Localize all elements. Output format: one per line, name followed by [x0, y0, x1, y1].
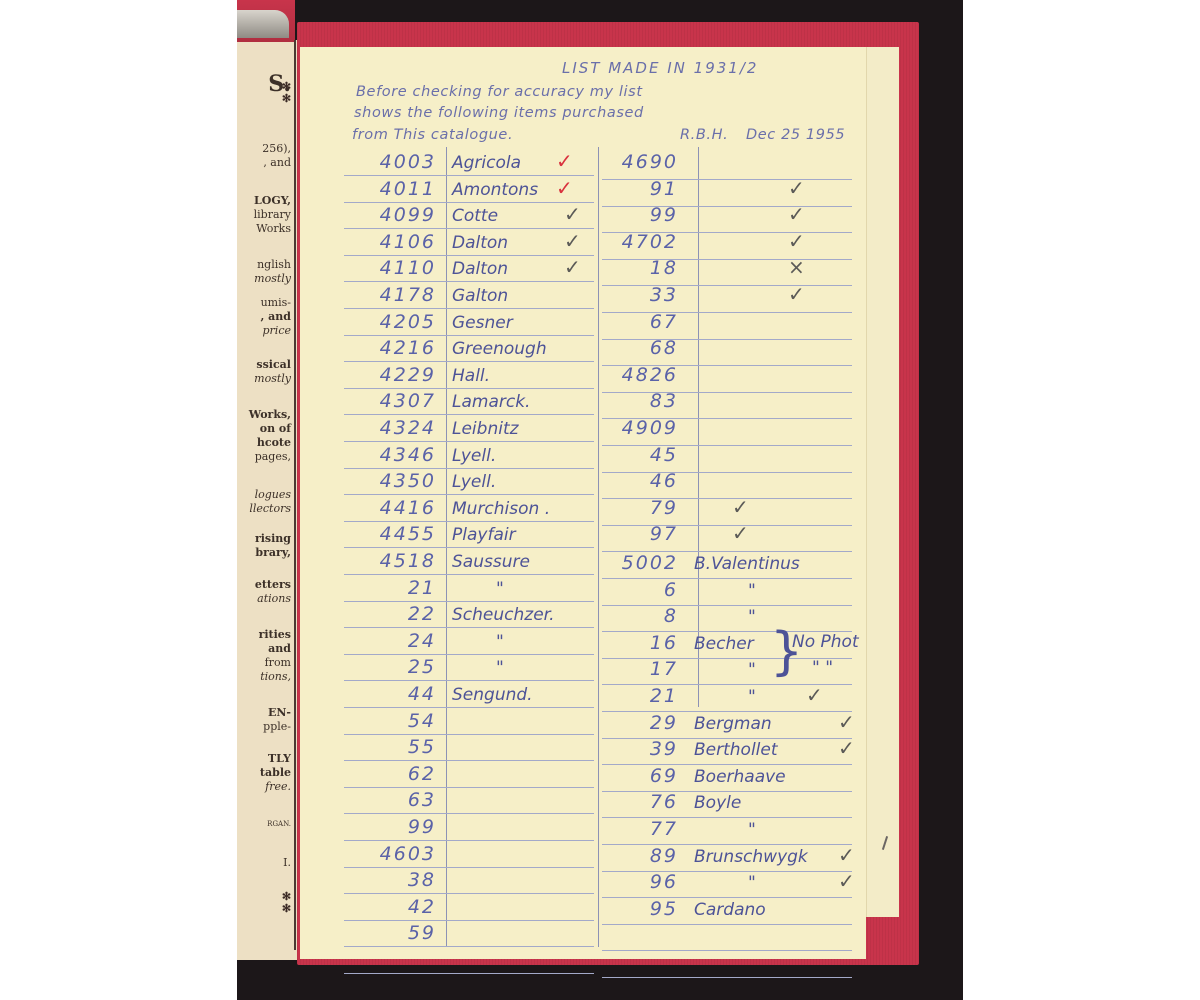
row-rule: [602, 977, 852, 978]
item-number: 99: [340, 816, 436, 838]
item-author: ": [748, 607, 756, 627]
item-number: 4690: [590, 151, 678, 173]
item-number: 25: [340, 656, 436, 678]
item-author: Hall.: [452, 366, 490, 386]
item-author: ": [748, 687, 756, 707]
item-author: Greenough: [452, 339, 547, 359]
item-number: 4518: [340, 550, 436, 572]
item-number: 21: [340, 577, 436, 599]
item-author: ": [496, 658, 504, 678]
printed-text-fragment: library: [254, 208, 291, 221]
note-line-1: Before checking for accuracy my list: [356, 84, 643, 100]
library-stamp-icon: ✻✻: [271, 890, 293, 930]
item-number: 97: [590, 523, 678, 545]
printed-text-fragment: TLY: [268, 752, 291, 765]
check-icon: ✓: [788, 229, 805, 253]
paper-fold: [866, 47, 899, 917]
item-number: 4350: [340, 470, 436, 492]
item-number: 29: [590, 712, 678, 734]
inventory-sheet: LIST MADE IN 1931/2 Before checking for …: [300, 47, 866, 959]
row-rule: [344, 627, 594, 628]
becher-note-ditto: " ": [812, 658, 833, 678]
metal-clip: [237, 10, 289, 38]
item-author: Saussure: [452, 552, 530, 572]
check-icon: ✓: [838, 869, 855, 893]
printed-text-fragment: hcote: [257, 436, 291, 449]
item-author: Brunschwygk: [694, 847, 808, 867]
item-number: 44: [340, 683, 436, 705]
item-number: 76: [590, 791, 678, 813]
list-title: LIST MADE IN 1931/2: [562, 59, 758, 77]
row-rule: [344, 361, 594, 362]
item-author: Scheuchzer.: [452, 605, 554, 625]
row-rule: [344, 281, 594, 282]
item-number: 91: [590, 178, 678, 200]
cross-icon: ×: [788, 255, 805, 279]
item-author: Playfair: [452, 525, 516, 545]
left-catalogue-page: S.256),, andLOGY,libraryWorksnglishmostl…: [237, 40, 297, 960]
page-gutter: [294, 40, 296, 950]
item-number: 4324: [340, 417, 436, 439]
check-icon: ✓: [838, 710, 855, 734]
printed-text-fragment: LOGY,: [254, 194, 291, 207]
item-number: 4099: [340, 204, 436, 226]
check-icon: ✓: [556, 176, 573, 200]
item-number: 95: [590, 898, 678, 920]
row-rule: [344, 202, 594, 203]
item-number: 68: [590, 337, 678, 359]
becher-note: No Phot: [792, 632, 859, 652]
item-number: 4011: [340, 178, 436, 200]
printed-text-fragment: and: [268, 642, 291, 655]
printed-text-fragment: brary,: [255, 546, 291, 559]
row-rule: [344, 441, 594, 442]
item-author: Dalton: [452, 233, 508, 253]
row-rule: [344, 867, 594, 868]
printed-text-fragment: rities: [259, 628, 291, 641]
item-author: ": [748, 873, 756, 893]
row-rule: [344, 547, 594, 548]
check-icon: ✓: [564, 255, 581, 279]
item-author: Berthollet: [694, 740, 778, 760]
item-number: 39: [590, 738, 678, 760]
row-rule: [344, 308, 594, 309]
printed-text-fragment: umis-: [261, 296, 291, 309]
item-author: Cotte: [452, 206, 498, 226]
check-icon: ✓: [732, 495, 749, 519]
item-number: 38: [340, 869, 436, 891]
row-rule: [344, 601, 594, 602]
printed-text-fragment: , and: [261, 310, 291, 323]
item-number: 4216: [340, 337, 436, 359]
item-number: 59: [340, 922, 436, 944]
item-number: 55: [340, 736, 436, 758]
item-number: 83: [590, 390, 678, 412]
printed-text-fragment: EN-: [268, 706, 291, 719]
printed-text-fragment: table: [260, 766, 291, 779]
printed-text-fragment: Works: [256, 222, 291, 235]
item-author: ": [748, 820, 756, 840]
item-number: 96: [590, 871, 678, 893]
item-number: 4603: [340, 843, 436, 865]
item-number: 63: [340, 789, 436, 811]
row-rule: [344, 521, 594, 522]
item-number: 33: [590, 284, 678, 306]
printed-text-fragment: , and: [263, 156, 291, 169]
row-rule: [602, 950, 852, 951]
item-number: 4909: [590, 417, 678, 439]
row-rule: [344, 973, 594, 974]
check-icon: ✓: [556, 149, 573, 173]
row-rule: [344, 707, 594, 708]
item-number: 4205: [340, 311, 436, 333]
item-number: 4178: [340, 284, 436, 306]
item-number: 77: [590, 818, 678, 840]
item-author: Lyell.: [452, 472, 496, 492]
item-number: 4455: [340, 523, 436, 545]
item-number: 4307: [340, 390, 436, 412]
row-rule: [344, 388, 594, 389]
row-rule: [344, 813, 594, 814]
printed-text-fragment: pple-: [263, 720, 291, 733]
item-author: Agricola: [452, 153, 521, 173]
check-icon: ✓: [838, 736, 855, 760]
printed-text-fragment: ssical: [256, 358, 291, 371]
row-rule: [344, 414, 594, 415]
item-author: ": [748, 660, 756, 680]
item-author: Cardano: [694, 900, 766, 920]
item-number: 46: [590, 470, 678, 492]
row-rule: [344, 680, 594, 681]
column-divider-right: [698, 147, 699, 707]
row-rule: [344, 760, 594, 761]
row-rule: [344, 255, 594, 256]
printed-text-fragment: llectors: [249, 502, 291, 515]
item-number: 18: [590, 257, 678, 279]
check-icon: ✓: [564, 202, 581, 226]
row-rule: [344, 840, 594, 841]
item-number: 4346: [340, 444, 436, 466]
item-number: 79: [590, 497, 678, 519]
item-author: ": [496, 579, 504, 599]
item-author: Leibnitz: [452, 419, 519, 439]
item-number: 4416: [340, 497, 436, 519]
printed-text-fragment: on of: [260, 422, 291, 435]
note-line-3: from This catalogue.: [352, 127, 513, 143]
item-author: Murchison .: [452, 499, 550, 519]
item-author: Amontons: [452, 180, 538, 200]
item-number: 42: [340, 896, 436, 918]
printed-text-fragment: RGAN.: [267, 818, 291, 831]
printed-text-fragment: logues: [255, 488, 291, 501]
item-author: Gesner: [452, 313, 513, 333]
item-number: 62: [340, 763, 436, 785]
item-number: 21: [590, 685, 678, 707]
check-icon: ✓: [788, 282, 805, 306]
row-rule: [344, 494, 594, 495]
check-icon: ✓: [788, 202, 805, 226]
item-author: Becher: [694, 634, 754, 654]
note-date: Dec 25 1955: [746, 127, 845, 143]
printed-text-fragment: ations: [257, 592, 291, 605]
printed-text-fragment: mostly: [254, 372, 291, 385]
item-author: Galton: [452, 286, 508, 306]
printed-text-fragment: Works,: [249, 408, 291, 421]
printed-text-fragment: rising: [255, 532, 291, 545]
check-icon: ✓: [788, 176, 805, 200]
item-number: 24: [340, 630, 436, 652]
item-number: 8: [590, 605, 678, 627]
item-number: 6: [590, 579, 678, 601]
item-author: Boerhaave: [694, 767, 786, 787]
row-rule: [344, 734, 594, 735]
signature: R.B.H.: [680, 127, 728, 143]
printed-text-fragment: etters: [255, 578, 291, 591]
item-author: ": [496, 632, 504, 652]
printed-text-fragment: tions,: [260, 670, 291, 683]
item-number: 4110: [340, 257, 436, 279]
printed-text-fragment: mostly: [254, 272, 291, 285]
printed-text-fragment: nglish: [257, 258, 291, 271]
check-icon: ✓: [564, 229, 581, 253]
row-rule: [602, 924, 852, 925]
printed-text-fragment: I.: [283, 856, 291, 869]
check-icon: ✓: [806, 683, 823, 707]
item-number: 5002: [590, 552, 678, 574]
item-number: 22: [340, 603, 436, 625]
item-number: 4229: [340, 364, 436, 386]
item-number: 4702: [590, 231, 678, 253]
item-author: Bergman: [694, 714, 772, 734]
item-number: 69: [590, 765, 678, 787]
row-rule: [344, 228, 594, 229]
item-author: Lamarck.: [452, 392, 530, 412]
printed-text-fragment: 256),: [262, 142, 291, 155]
row-rule: [344, 335, 594, 336]
item-number: 54: [340, 710, 436, 732]
item-author: B.Valentinus: [694, 554, 800, 574]
item-author: ": [748, 581, 756, 601]
row-rule: [344, 787, 594, 788]
item-number: 17: [590, 658, 678, 680]
row-rule: [344, 893, 594, 894]
printed-text-fragment: free.: [265, 780, 291, 793]
item-number: 4003: [340, 151, 436, 173]
printed-text-fragment: from: [265, 656, 291, 669]
row-rule: [344, 946, 594, 947]
row-rule: [344, 574, 594, 575]
binding-clip: [237, 0, 295, 42]
item-number: 89: [590, 845, 678, 867]
row-rule: [344, 920, 594, 921]
note-line-2: shows the following items purchased: [354, 105, 644, 121]
check-icon: ✓: [732, 521, 749, 545]
item-author: Boyle: [694, 793, 741, 813]
item-author: Lyell.: [452, 446, 496, 466]
item-number: 4106: [340, 231, 436, 253]
row-rule: [344, 654, 594, 655]
item-author: Sengund.: [452, 685, 533, 705]
item-number: 16: [590, 632, 678, 654]
item-number: 99: [590, 204, 678, 226]
check-icon: ✓: [838, 843, 855, 867]
printed-text-fragment: price: [263, 324, 292, 337]
item-number: 45: [590, 444, 678, 466]
printed-text-fragment: pages,: [255, 450, 291, 463]
library-stamp-icon: ✻✻: [271, 80, 293, 120]
item-number: 67: [590, 311, 678, 333]
row-rule: [344, 468, 594, 469]
item-number: 4826: [590, 364, 678, 386]
item-author: Dalton: [452, 259, 508, 279]
